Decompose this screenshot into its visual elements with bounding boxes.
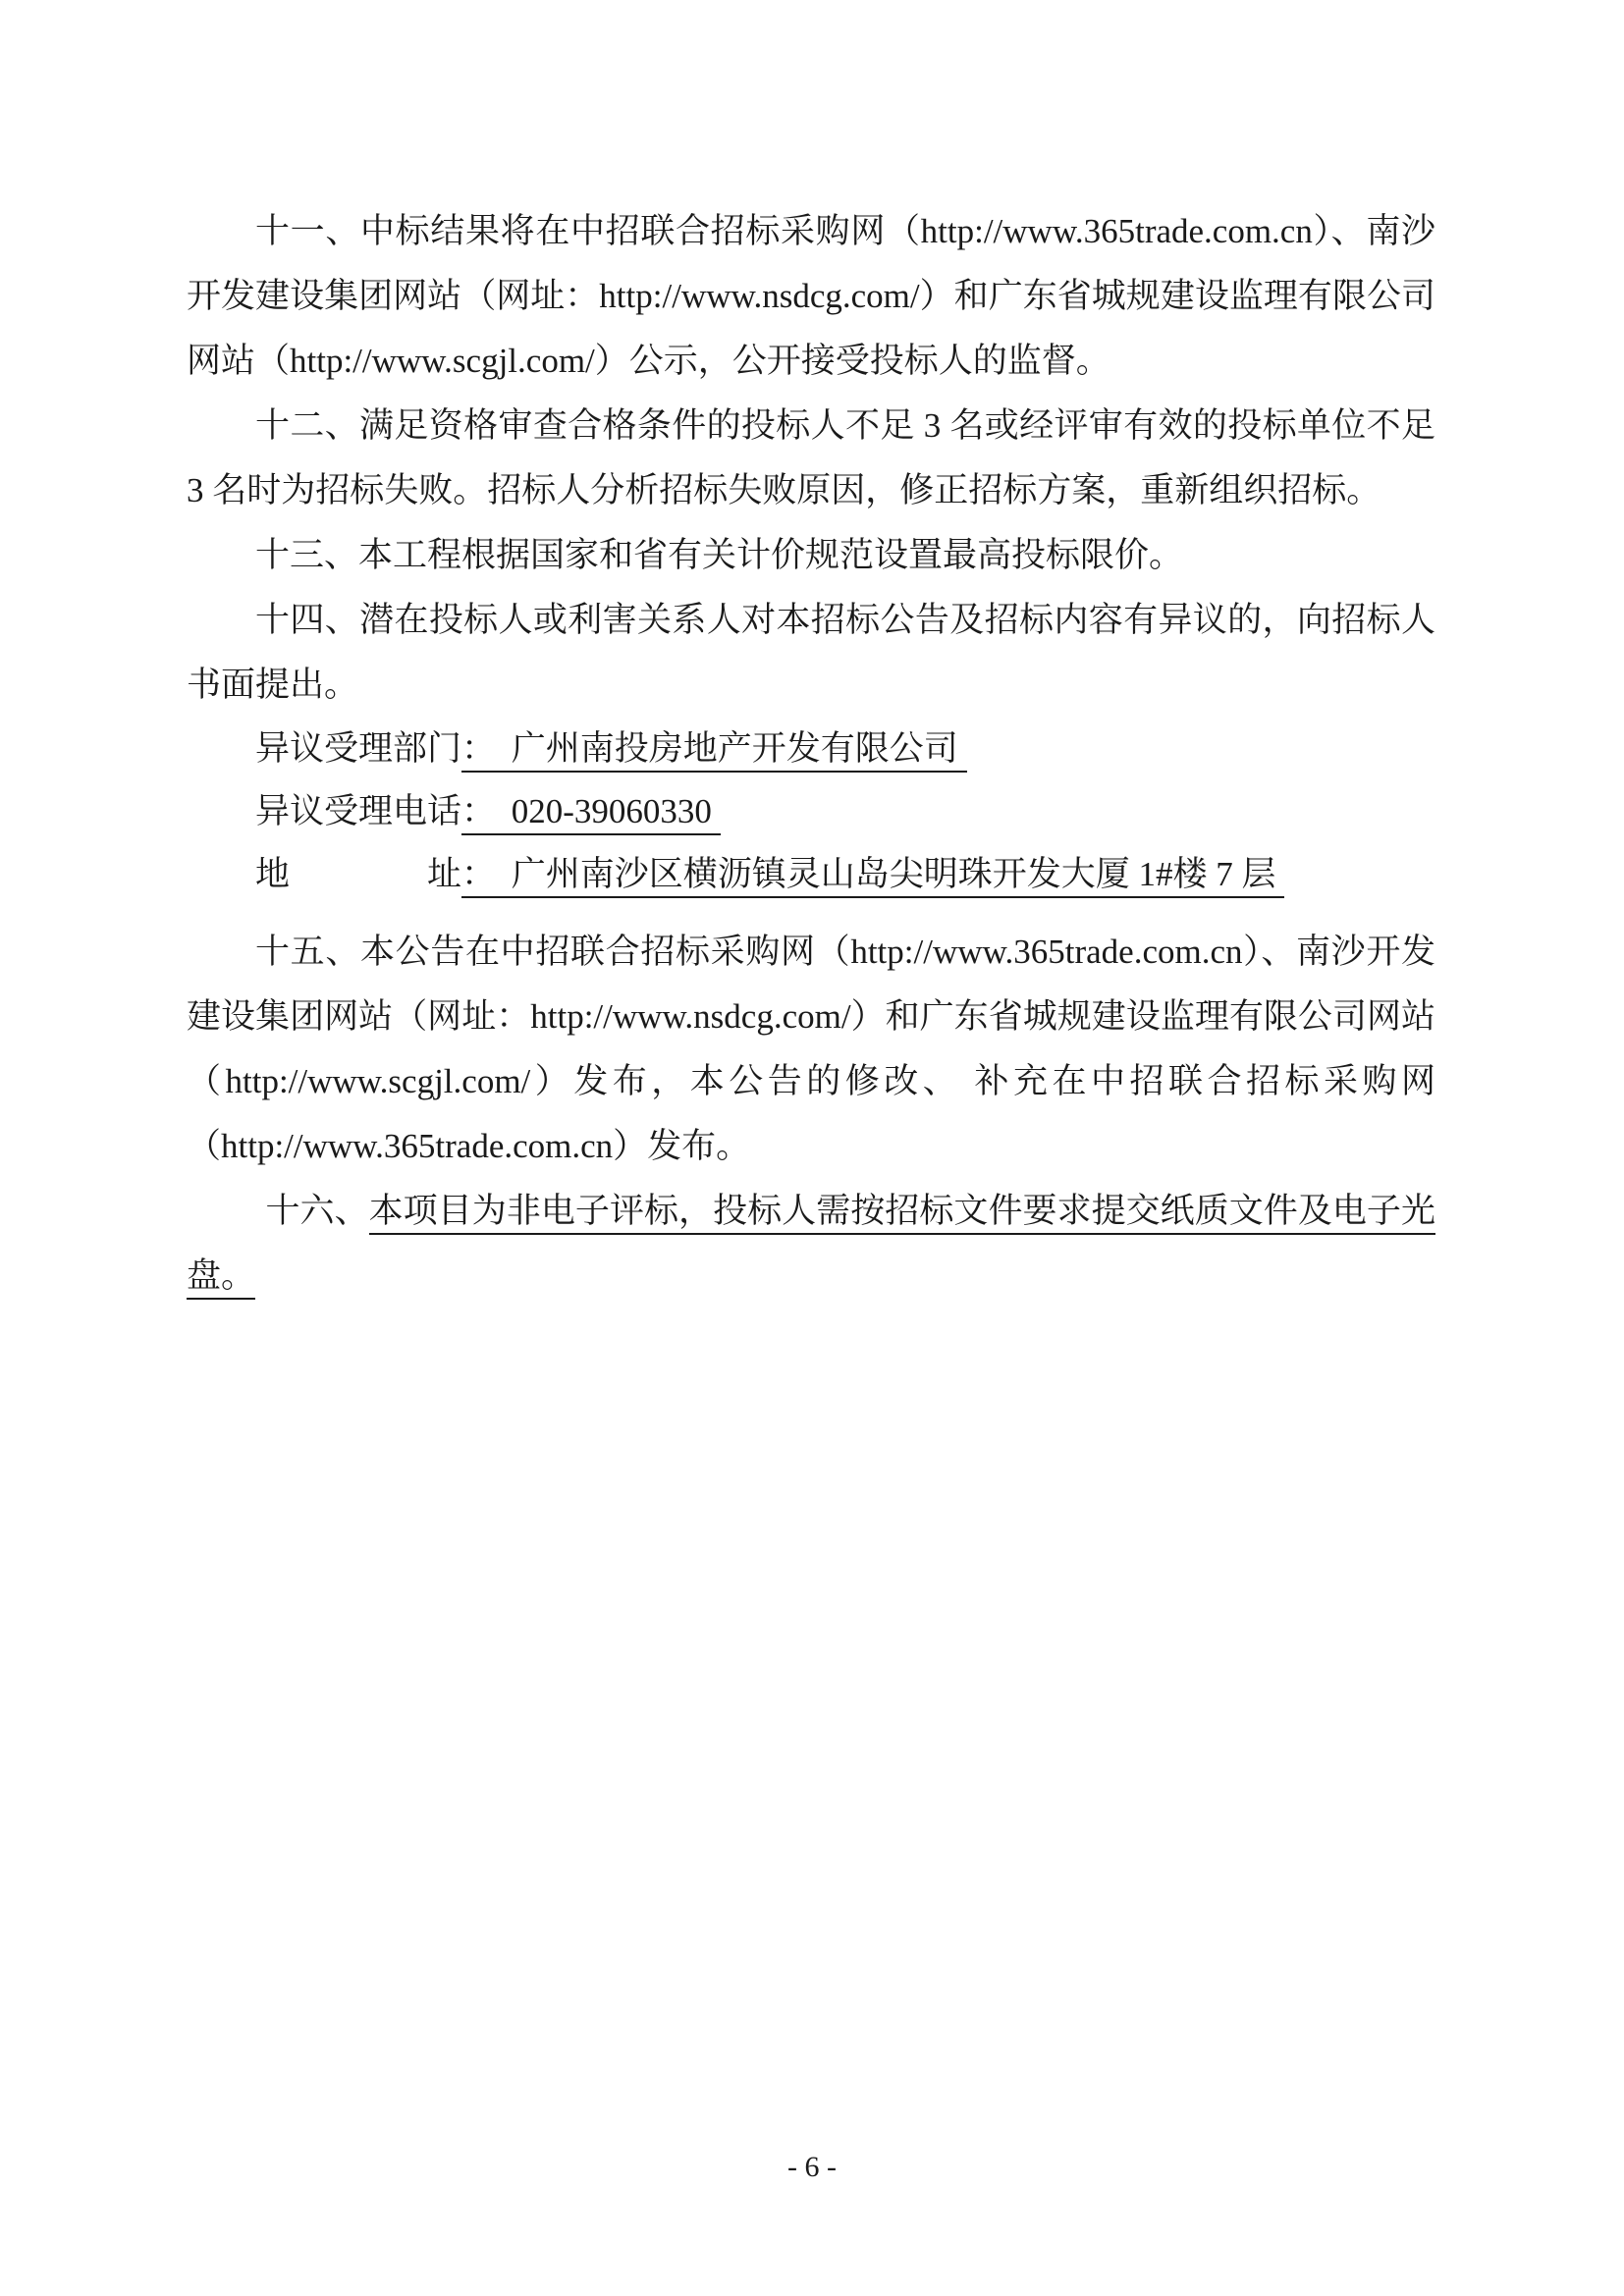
objection-phone-underline: ：020-39060330 [461, 792, 721, 835]
paragraph-item-14: 十四、潜在投标人或利害关系人对本招标公告及招标内容有异议的，向招标人书面提出。 [187, 588, 1435, 718]
objection-address-label: 地址 [255, 843, 461, 906]
phone-colon: ： [461, 792, 496, 830]
objection-department-value: 广州南投房地产开发有限公司 [512, 729, 958, 768]
objection-department-label: 异议受理部门 [255, 718, 461, 780]
objection-phone-value: 020-39060330 [512, 792, 712, 830]
document-body: 十一、中标结果将在中招联合招标采购网（http://www.365trade.c… [187, 199, 1435, 1308]
document-page: 十一、中标结果将在中招联合招标采购网（http://www.365trade.c… [0, 0, 1624, 2296]
paragraph-item-12: 十二、满足资格审查合格条件的投标人不足 3 名或经评审有效的投标单位不足 3 名… [187, 394, 1435, 523]
objection-address-value: 广州南沙区横沥镇灵山岛尖明珠开发大厦 1#楼 7 层 [512, 855, 1276, 893]
objection-address-line: 地址：广州南沙区横沥镇灵山岛尖明珠开发大厦 1#楼 7 层 [187, 843, 1435, 906]
objection-contact-block: 异议受理部门：广州南投房地产开发有限公司 异议受理电话：020-39060330… [187, 718, 1435, 906]
paragraph-16-underlined-text: 本项目为非电子评标，投标人需按招标文件要求提交纸质文件及电子光盘。 [187, 1192, 1435, 1300]
address-colon: ： [461, 855, 496, 893]
paragraph-item-13: 十三、本工程根据国家和省有关计价规范设置最高投标限价。 [187, 523, 1435, 588]
paragraph-item-16: 十六、本项目为非电子评标，投标人需按招标文件要求提交纸质文件及电子光盘。 [187, 1179, 1435, 1308]
page-footer: - 6 - [0, 2148, 1624, 2187]
paragraph-16-prefix: 十六、 [266, 1192, 369, 1230]
objection-phone-label: 异议受理电话 [255, 780, 461, 843]
page-number: - 6 - [787, 2151, 837, 2183]
objection-department-underline: ：广州南投房地产开发有限公司 [461, 729, 967, 773]
objection-phone-line: 异议受理电话：020-39060330 [187, 780, 1435, 843]
paragraph-item-11: 十一、中标结果将在中招联合招标采购网（http://www.365trade.c… [187, 199, 1435, 394]
objection-department-line: 异议受理部门：广州南投房地产开发有限公司 [187, 718, 1435, 780]
department-colon: ： [461, 729, 496, 768]
objection-address-underline: ：广州南沙区横沥镇灵山岛尖明珠开发大厦 1#楼 7 层 [461, 855, 1284, 898]
paragraph-item-15: 十五、本公告在中招联合招标采购网（http://www.365trade.com… [187, 920, 1435, 1179]
